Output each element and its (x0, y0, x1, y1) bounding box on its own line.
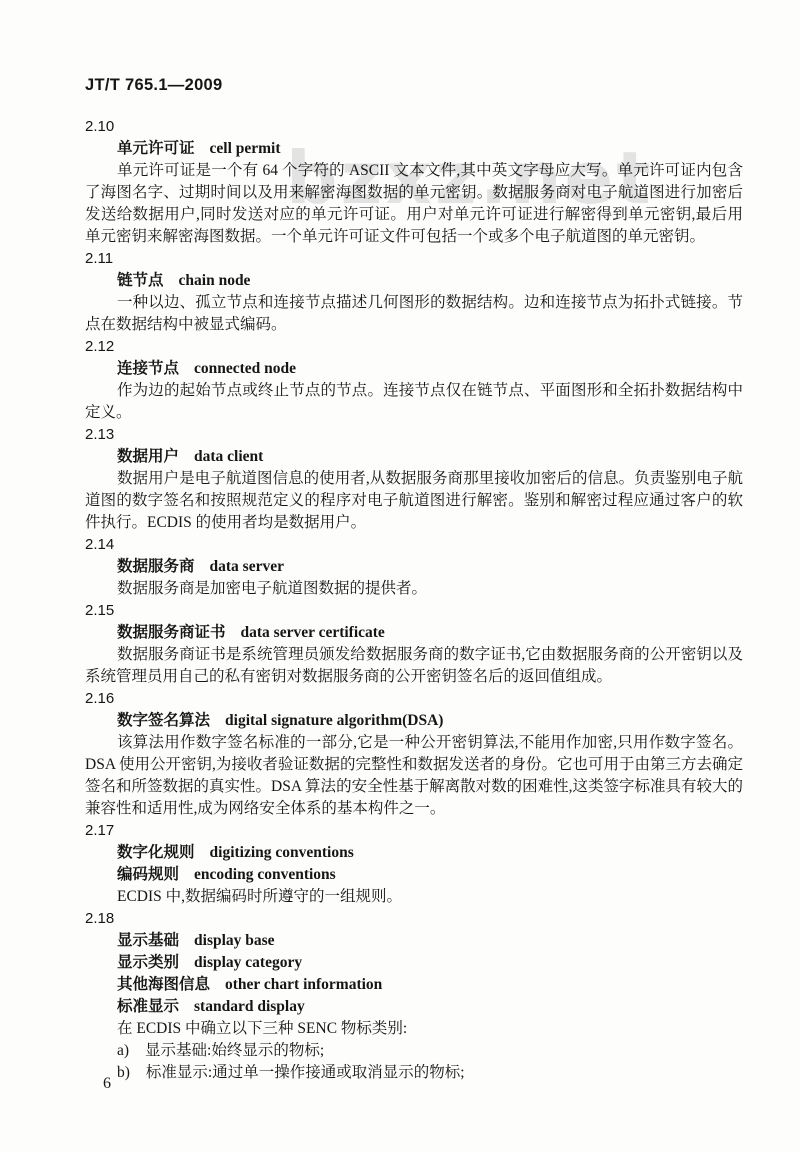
section-number: 2.14 (85, 534, 743, 556)
section-number: 2.16 (85, 688, 743, 710)
definition-paragraph: 数据服务商是加密电子航道图数据的提供者。 (85, 578, 743, 600)
term-line: 数据服务商证书data server certificate (85, 622, 743, 644)
list-item-text: 显示基础:始终显示的物标; (145, 1042, 324, 1059)
term-zh: 连接节点 (117, 360, 179, 377)
term-line: 连接节点connected node (85, 358, 743, 380)
definition-paragraph: 数据服务商证书是系统管理员颁发给数据服务商的数字证书,它由数据服务商的公开密钥以… (85, 644, 743, 688)
term-line: 标准显示standard display (85, 996, 743, 1018)
term-zh: 其他海图信息 (117, 976, 210, 993)
list-item-marker: b) (117, 1064, 130, 1081)
section-2.11: 2.11链节点chain node一种以边、孤立节点和连接节点描述几何图形的数据… (85, 248, 743, 336)
section-number: 2.13 (85, 424, 743, 446)
section-2.10: 2.10单元许可证cell permit单元许可证是一个有 64 个字符的 AS… (85, 116, 743, 248)
section-2.16: 2.16数字签名算法digital signature algorithm(DS… (85, 688, 743, 820)
term-line: 数据用户data client (85, 446, 743, 468)
term-zh: 数据服务商证书 (117, 624, 226, 641)
section-2.18: 2.18显示基础display base显示类别display category… (85, 908, 743, 1084)
term-line: 链节点chain node (85, 270, 743, 292)
term-en: data server certificate (241, 624, 385, 641)
term-line: 显示类别display category (85, 952, 743, 974)
list-item-text: 标准显示:通过单一操作接通或取消显示的物标; (146, 1064, 465, 1081)
definition-paragraph: 该算法用作数字签名标准的一部分,它是一种公开密钥算法,不能用作加密,只用作数字签… (85, 732, 743, 820)
term-zh: 单元许可证 (117, 140, 195, 157)
definition-paragraph: ECDIS 中,数据编码时所遵守的一组规则。 (85, 886, 743, 908)
term-zh: 显示基础 (117, 932, 179, 949)
term-en: connected node (194, 360, 296, 377)
list-item-marker: a) (117, 1042, 129, 1059)
section-2.12: 2.12连接节点connected node作为边的起始节点或终止节点的节点。连… (85, 336, 743, 424)
section-number: 2.18 (85, 908, 743, 930)
term-zh: 数据服务商 (117, 558, 195, 575)
section-number: 2.11 (85, 248, 743, 270)
term-en: standard display (194, 998, 305, 1015)
document-page: bzxz.net JT/T 765.1—2009 2.10单元许可证cell p… (0, 0, 800, 1152)
section-2.15: 2.15数据服务商证书data server certificate数据服务商证… (85, 600, 743, 688)
definition-paragraph: 在 ECDIS 中确立以下三种 SENC 物标类别: (85, 1018, 743, 1040)
term-zh: 标准显示 (117, 998, 179, 1015)
term-line: 显示基础display base (85, 930, 743, 952)
term-zh: 显示类别 (117, 954, 179, 971)
definitions-content: 2.10单元许可证cell permit单元许可证是一个有 64 个字符的 AS… (85, 116, 743, 1084)
term-zh: 数据用户 (117, 448, 179, 465)
term-line: 单元许可证cell permit (85, 138, 743, 160)
term-en: digitizing conventions (210, 844, 354, 861)
definition-paragraph: 作为边的起始节点或终止节点的节点。连接节点仅在链节点、平面图形和全拓扑数据结构中… (85, 380, 743, 424)
section-2.17: 2.17数字化规则digitizing conventions编码规则encod… (85, 820, 743, 908)
term-line: 编码规则encoding conventions (85, 864, 743, 886)
term-en: data client (194, 448, 263, 465)
list-item: a)显示基础:始终显示的物标; (85, 1040, 743, 1062)
definition-paragraph: 一种以边、孤立节点和连接节点描述几何图形的数据结构。边和连接节点为拓扑式链接。节… (85, 292, 743, 336)
standard-number-header: JT/T 765.1—2009 (85, 76, 223, 95)
term-line: 数据服务商data server (85, 556, 743, 578)
section-2.13: 2.13数据用户data client数据用户是电子航道图信息的使用者,从数据服… (85, 424, 743, 534)
term-line: 其他海图信息other chart information (85, 974, 743, 996)
definition-paragraph: 数据用户是电子航道图信息的使用者,从数据服务商那里接收加密后的信息。负责鉴别电子… (85, 468, 743, 534)
page-number: 6 (103, 1074, 111, 1094)
term-en: cell permit (210, 140, 281, 157)
term-en: encoding conventions (194, 866, 336, 883)
term-line: 数字化规则digitizing conventions (85, 842, 743, 864)
term-en: chain node (179, 272, 251, 289)
term-en: display category (194, 954, 302, 971)
term-en: data server (210, 558, 284, 575)
section-number: 2.10 (85, 116, 743, 138)
term-en: display base (194, 932, 275, 949)
section-2.14: 2.14数据服务商data server数据服务商是加密电子航道图数据的提供者。 (85, 534, 743, 600)
section-number: 2.17 (85, 820, 743, 842)
term-en: digital signature algorithm(DSA) (225, 712, 443, 729)
section-number: 2.12 (85, 336, 743, 358)
term-zh: 数字化规则 (117, 844, 195, 861)
term-zh: 数字签名算法 (117, 712, 210, 729)
section-number: 2.15 (85, 600, 743, 622)
definition-paragraph: 单元许可证是一个有 64 个字符的 ASCII 文本文件,其中英文字母应大写。单… (85, 160, 743, 248)
term-line: 数字签名算法digital signature algorithm(DSA) (85, 710, 743, 732)
list-item: b)标准显示:通过单一操作接通或取消显示的物标; (85, 1062, 743, 1084)
term-zh: 链节点 (117, 272, 164, 289)
term-zh: 编码规则 (117, 866, 179, 883)
term-en: other chart information (225, 976, 382, 993)
